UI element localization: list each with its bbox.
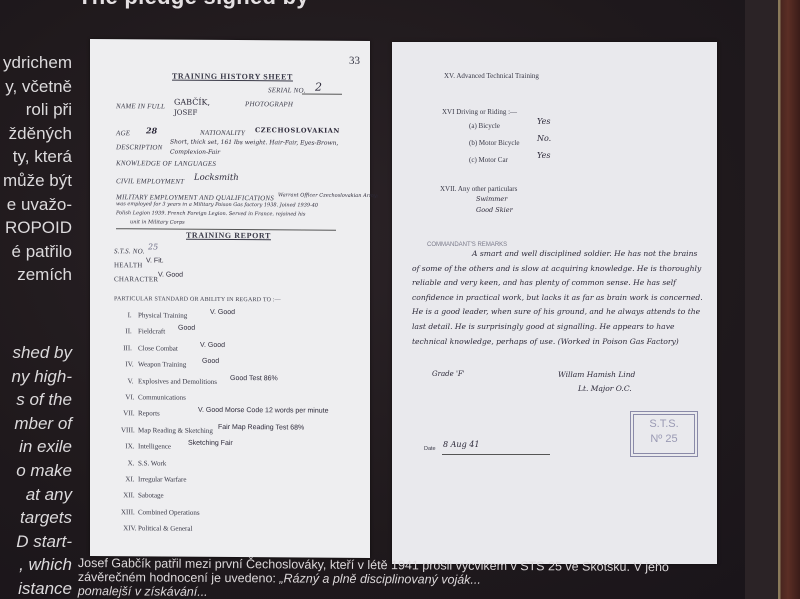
text-line: o make	[12, 459, 72, 483]
ability-number: IV.	[125, 360, 133, 368]
ability-number: I.	[128, 311, 132, 319]
grade-value: Grade 'F'	[432, 370, 465, 378]
frame-edge	[778, 0, 800, 599]
text-line: shed by	[12, 341, 72, 365]
ability-number: III.	[123, 344, 132, 352]
stamp-line: Nº 25	[634, 432, 694, 447]
particular-label: PARTICULAR STANDARD OR ABILITY IN REGARD…	[114, 296, 281, 303]
stamp-line: S.T.S.	[634, 417, 694, 432]
ability-number: II.	[125, 328, 131, 336]
ability-value: Good Test 86%	[230, 375, 278, 382]
ability-number: XI.	[125, 475, 134, 483]
serial-rule	[302, 94, 342, 95]
description-label: DESCRIPTION	[116, 143, 163, 151]
text-line: mber of	[12, 412, 72, 436]
ability-label: Irregular Warfare	[138, 475, 186, 483]
driving-label: XVI Driving or Riding :—	[442, 108, 517, 116]
ability-list: I.Physical TrainingV. GoodII.FieldcraftG…	[90, 39, 370, 41]
training-report-title: TRAINING REPORT	[186, 231, 271, 241]
ability-label: Combined Operations	[138, 508, 200, 516]
ability-number: XIV.	[123, 524, 136, 532]
exhibit-text-czech: ydrichem y, včetně roli při žděných ty, …	[3, 51, 72, 287]
signature-name: Willam Hamish Lind	[558, 370, 635, 379]
text-line: at any	[12, 483, 72, 507]
ability-value: V. Good	[210, 309, 235, 316]
text-line: ROPOID	[3, 216, 72, 240]
ability-number: X.	[128, 459, 135, 467]
exhibit-caption: Josef Gabčík patřil mezi první Čechoslov…	[78, 556, 669, 599]
driving-motorcar-label: (c) Motor Car	[469, 156, 508, 164]
age-value: 28	[146, 125, 157, 135]
date-label: Date	[424, 446, 436, 452]
ability-label: S.S. Work	[138, 459, 166, 467]
ability-label: Weapon Training	[138, 361, 186, 369]
sts-value: 25	[148, 242, 158, 251]
exhibit-text-english: shed by ny high- s of the mber of in exi…	[12, 341, 72, 599]
sts-label: S.T.S. No.	[114, 247, 145, 255]
ability-number: V.	[128, 377, 134, 385]
photograph-label: PHOTOGRAPH	[245, 100, 293, 108]
training-history-sheet-page-2: XV. Advanced Technical Training XVI Driv…	[392, 42, 717, 564]
ability-value: V. Good Morse Code 12 words per minute	[198, 407, 328, 415]
ability-value: Fair Map Reading Test 68%	[218, 424, 304, 432]
page-number: 33	[349, 55, 360, 67]
nationality-label: NATIONALITY	[200, 129, 245, 137]
driving-motorbicycle-label: (b) Motor Bicycle	[469, 139, 520, 147]
military-value-1: Warrant Officer Czechoslovakian Army;	[278, 192, 378, 199]
training-history-sheet: 33 TRAINING HISTORY SHEET Serial No. 2 N…	[90, 39, 370, 558]
ability-label: Political & General	[138, 525, 192, 533]
date-rule	[442, 454, 550, 455]
serial-label: Serial No.	[268, 86, 306, 94]
description-value: Short, thick set, 161 lbs weight. Hair-F…	[170, 139, 338, 147]
text-line: zemích	[3, 263, 72, 287]
text-line: ny high-	[12, 365, 72, 389]
description-value-2: Complexion-Fair	[170, 149, 220, 156]
ability-value: Good	[178, 325, 195, 332]
driving-bicycle-value: Yes	[537, 117, 550, 126]
text-line: e uvažo-	[3, 193, 72, 217]
advanced-training-label: XV. Advanced Technical Training	[444, 72, 539, 80]
signature-rank: Lt. Major O.C.	[578, 384, 632, 393]
health-label: HEALTH	[114, 261, 143, 269]
ability-number: VI.	[125, 393, 134, 401]
ability-value: V. Good	[200, 342, 225, 349]
date-value: 8 Aug 41	[443, 440, 479, 449]
sheet-title: TRAINING HISTORY SHEET	[172, 72, 293, 82]
driving-motorcar-value: Yes	[537, 151, 550, 160]
exhibit-title: The pledge signed by	[78, 0, 309, 10]
text-line: ydrichem	[3, 51, 72, 75]
ability-label: Explosives and Demolitions	[138, 377, 217, 386]
name-value-given: JOSEF	[174, 109, 197, 117]
ability-label: Intelligence	[138, 443, 171, 451]
ability-label: Sabotage	[138, 492, 164, 500]
health-value: V. Fit.	[146, 257, 164, 264]
text-line: roli při	[3, 98, 72, 122]
commandants-remarks-text: A smart and well disciplined soldier. He…	[412, 247, 707, 349]
other-particulars-label: XVII. Any other particulars	[440, 185, 517, 193]
exhibit-panel-shadow	[745, 0, 780, 599]
ability-number: XIII.	[121, 508, 135, 516]
stamp-inner: S.T.S. Nº 25	[633, 414, 695, 454]
text-line: s of the	[12, 388, 72, 412]
text-line: , which	[12, 553, 72, 577]
text-line: istance	[12, 577, 72, 599]
text-line: ty, která	[3, 145, 72, 169]
other-value-2: Good Skier	[476, 206, 513, 214]
nationality-value: CZECHOSLOVAKIAN	[255, 126, 340, 135]
ability-number: VII.	[123, 410, 134, 418]
ability-label: Fieldcraft	[138, 328, 165, 336]
driving-bicycle-label: (a) Bicycle	[469, 122, 500, 130]
text-line: může být	[3, 169, 72, 193]
text-line: y, včetně	[3, 75, 72, 99]
other-value-1: Swimmer	[476, 195, 507, 203]
caption-text: závěrečném hodnocení je uvedeno:	[78, 570, 280, 585]
name-label: NAME IN FULL	[116, 102, 165, 110]
character-label: CHARACTER	[114, 275, 158, 283]
text-line: in exile	[12, 435, 72, 459]
ability-number: VIII.	[121, 426, 135, 434]
ability-value: Sketching Fair	[188, 440, 233, 447]
text-line: é patřilo	[3, 240, 72, 264]
age-label: AGE	[116, 129, 130, 137]
driving-motorbicycle-value: No.	[537, 134, 551, 143]
languages-label: KNOWLEDGE OF LANGUAGES	[116, 159, 216, 168]
serial-value: 2	[315, 81, 322, 94]
sts-stamp: S.T.S. Nº 25	[630, 411, 698, 457]
military-value-2: was employed for 3 years in a Military P…	[116, 201, 318, 208]
military-value-4: unit in Military Corps	[130, 219, 185, 225]
ability-value: Good	[202, 358, 219, 365]
ability-number: XII.	[123, 492, 134, 500]
ability-label: Map Reading & Sketching	[138, 426, 213, 435]
civil-employment-label: CIVIL EMPLOYMENT	[116, 177, 184, 185]
military-value-3: Polish Legion 1939. French Foreign Legio…	[116, 210, 305, 217]
ability-label: Close Combat	[138, 344, 178, 352]
civil-employment-value: Locksmith	[194, 173, 239, 183]
text-line: D start-	[12, 530, 72, 554]
caption-quote: „Rázný a plně disciplinovaný voják...	[279, 571, 481, 586]
character-value: V. Good	[158, 271, 183, 278]
ability-label: Communications	[138, 393, 186, 401]
ability-label: Reports	[138, 410, 160, 418]
text-line: targets	[12, 506, 72, 530]
text-line: žděných	[3, 122, 72, 146]
ability-number: IX.	[125, 442, 134, 450]
name-value-surname: GABČÍK,	[174, 98, 210, 107]
ability-label: Physical Training	[138, 311, 187, 319]
